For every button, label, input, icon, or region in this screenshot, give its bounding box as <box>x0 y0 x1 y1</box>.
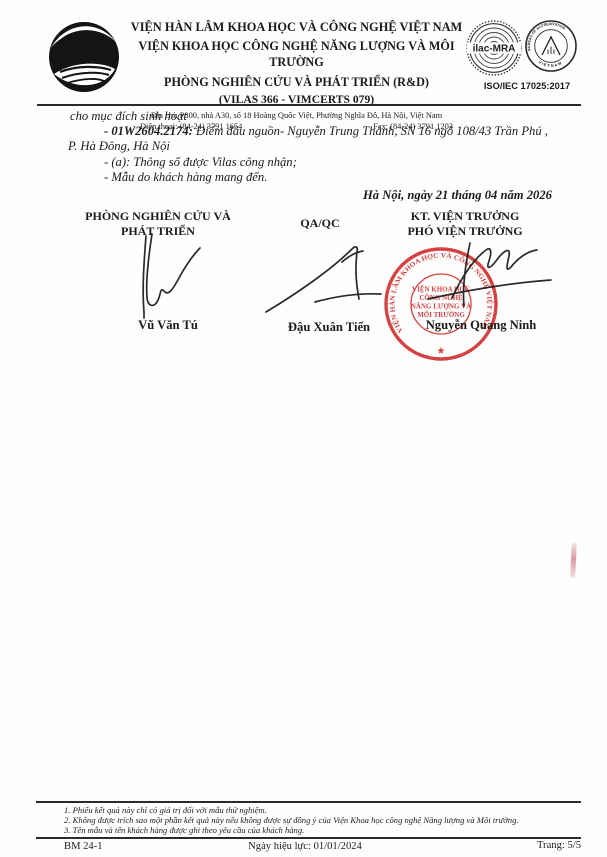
left-signer-name: Vũ Văn Tú <box>108 318 228 333</box>
footnote-top-rule <box>36 801 581 803</box>
footnote-bottom-rule <box>36 837 581 839</box>
middle-signer-name: Đậu Xuân Tiến <box>269 320 389 335</box>
page-number: Trang: 5/5 <box>537 840 581 851</box>
signature-middle <box>266 247 359 312</box>
document-page: VIỆN HÀN LÂM KHOA HỌC VÀ CÔNG NGHỆ VIỆT … <box>0 0 607 857</box>
signature-left <box>143 236 146 318</box>
form-code: BM 24-1 <box>64 841 103 852</box>
right-signer-name: Nguyễn Quang Ninh <box>416 318 546 333</box>
footnote-1: 1. Phiếu kết quả này chỉ có giá trị đối … <box>64 805 267 815</box>
signatures-layer <box>0 0 607 857</box>
effective-date: Ngày hiệu lực: 01/01/2024 <box>180 841 430 852</box>
footnote-2: 2. Không được trích sao một phần kết quả… <box>64 815 519 825</box>
footnote-3: 3. Tên mẫu và tên khách hàng được ghi th… <box>64 825 304 835</box>
